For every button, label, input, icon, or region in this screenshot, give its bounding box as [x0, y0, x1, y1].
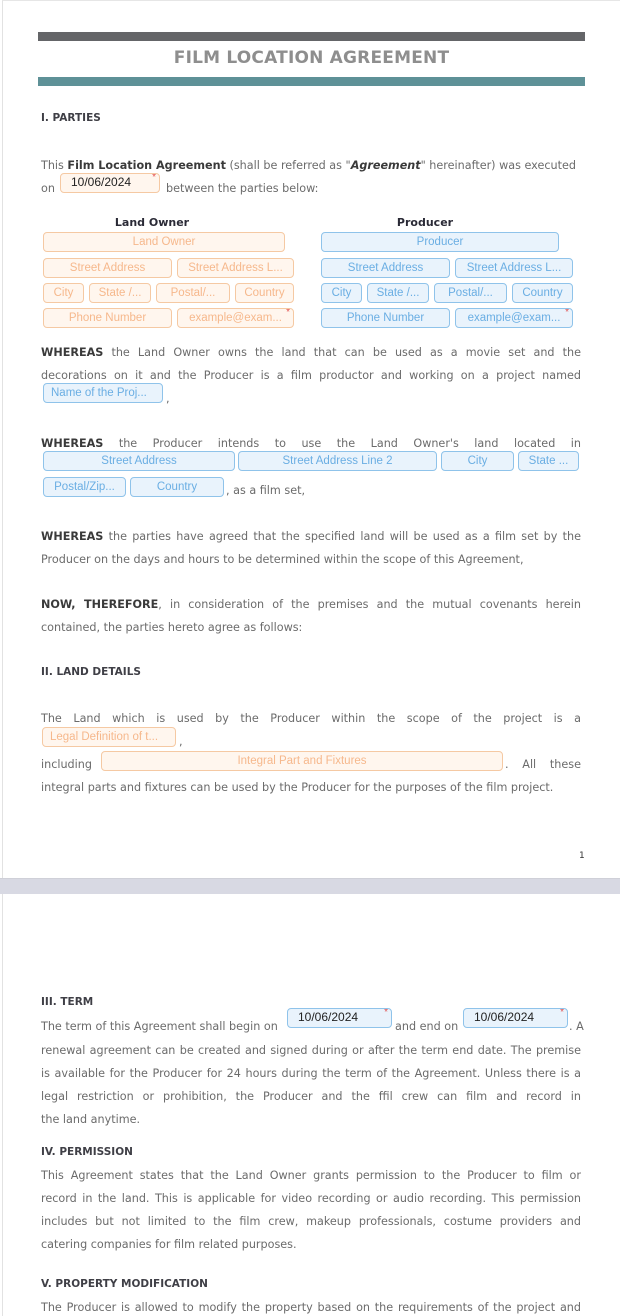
producer-street2-field[interactable]: Street Address L... — [455, 258, 573, 278]
project-name-field[interactable]: Name of the Proj... — [43, 383, 163, 403]
now-therefore-line-2: contained, the parties hereto agree as f… — [41, 616, 581, 639]
section-heading-land-details: II. LAND DETAILS — [41, 666, 141, 678]
required-icon: * — [565, 308, 569, 318]
execution-date-value: 10/06/2024 — [71, 175, 131, 189]
producer-state-field[interactable]: State /... — [367, 283, 429, 303]
land-owner-phone-field[interactable]: Phone Number — [43, 308, 172, 328]
on-label: on — [41, 177, 55, 200]
parties-below-text: between the parties below: — [166, 177, 318, 200]
location-country-field[interactable]: Country — [130, 477, 224, 497]
term-line-3: is available for the Producer for 24 hou… — [41, 1062, 581, 1085]
term-line-2: renewal agreement can be created and sig… — [41, 1039, 581, 1062]
term-end-date-field[interactable]: 10/06/2024* — [463, 1008, 568, 1028]
location-city-field[interactable]: City — [441, 451, 514, 471]
whereas-label: WHEREAS — [41, 530, 103, 543]
land-owner-heading: Land Owner — [42, 216, 262, 229]
whereas-1-comma: , — [166, 387, 170, 410]
required-icon: * — [384, 1008, 388, 1018]
producer-street-field[interactable]: Street Address — [321, 258, 450, 278]
location-street2-field[interactable]: Street Address Line 2 — [238, 451, 437, 471]
whereas-text: the Producer intends to use the Land Own… — [103, 437, 581, 450]
now-therefore-line-1: NOW, THEREFORE, in consideration of the … — [41, 593, 581, 616]
land-owner-postal-field[interactable]: Postal/... — [156, 283, 230, 303]
whereas-text: the parties have agreed that the specifi… — [103, 530, 581, 543]
producer-postal-field[interactable]: Postal/... — [434, 283, 507, 303]
term-line-5: the land anytime. — [41, 1108, 581, 1131]
intro-text: " hereinafter) was executed — [421, 159, 576, 172]
integral-parts-field[interactable]: Integral Part and Fixtures — [101, 751, 503, 771]
email-placeholder: example@exam... — [189, 312, 282, 324]
legal-definition-comma: , — [179, 730, 183, 753]
producer-phone-field[interactable]: Phone Number — [321, 308, 450, 328]
location-street-field[interactable]: Street Address — [43, 451, 235, 471]
producer-heading: Producer — [320, 216, 530, 229]
term-end-text: and end on — [395, 1015, 458, 1038]
accent-bar — [38, 77, 585, 86]
whereas-label: WHEREAS — [41, 346, 103, 359]
permission-line-3: includes but not limited to the film cre… — [41, 1210, 581, 1233]
section-heading-property-modification: V. PROPERTY MODIFICATION — [41, 1278, 208, 1290]
intro-text: (shall be referred as " — [226, 159, 351, 172]
land-owner-email-field[interactable]: example@exam...* — [177, 308, 294, 328]
permission-line-1: This Agreement states that the Land Owne… — [41, 1164, 581, 1187]
including-label: including — [41, 753, 92, 776]
term-line-4: legal restriction or prohibition, the Pr… — [41, 1085, 581, 1108]
start-date-value: 10/06/2024 — [298, 1010, 358, 1024]
whereas-3-line-1: WHEREAS the parties have agreed that the… — [41, 525, 581, 548]
land-owner-street2-field[interactable]: Street Address L... — [177, 258, 294, 278]
whereas-3-line-2: Producer on the days and hours to be det… — [41, 548, 581, 571]
land-owner-street-field[interactable]: Street Address — [43, 258, 172, 278]
term-after-text: . A — [569, 1015, 584, 1038]
permission-line-2: record in the land. This is applicable f… — [41, 1187, 581, 1210]
producer-country-field[interactable]: Country — [512, 283, 573, 303]
whereas-label: WHEREAS — [41, 437, 103, 450]
property-modification-line-1: The Producer is allowed to modify the pr… — [41, 1296, 581, 1316]
land-owner-name-field[interactable]: Land Owner — [43, 232, 285, 252]
header-bar — [38, 32, 585, 41]
section-heading-parties: I. PARTIES — [41, 112, 101, 124]
term-start-date-field[interactable]: 10/06/2024* — [287, 1008, 392, 1028]
end-date-value: 10/06/2024 — [474, 1010, 534, 1024]
required-icon: * — [286, 308, 290, 318]
all-these-text: . All these — [505, 753, 581, 776]
email-placeholder: example@exam... — [468, 312, 561, 324]
required-icon: * — [560, 1008, 564, 1018]
permission-line-4: catering companies for film related purp… — [41, 1233, 581, 1256]
producer-city-field[interactable]: City — [321, 283, 362, 303]
location-state-field[interactable]: State ... — [518, 451, 579, 471]
term-begin-text: The term of this Agreement shall begin o… — [41, 1015, 278, 1038]
as-film-set-text: , as a film set, — [226, 479, 305, 502]
section-heading-term: III. TERM — [41, 996, 93, 1008]
producer-email-field[interactable]: example@exam...* — [455, 308, 573, 328]
intro-bold: Film Location Agreement — [67, 159, 226, 172]
document-title: FILM LOCATION AGREEMENT — [38, 48, 585, 68]
legal-definition-field[interactable]: Legal Definition of t... — [42, 727, 176, 747]
land-owner-country-field[interactable]: Country — [235, 283, 294, 303]
whereas-text: the Land Owner owns the land that can be… — [103, 346, 581, 359]
now-therefore-label: NOW, THEREFORE — [41, 598, 158, 611]
land-owner-city-field[interactable]: City — [43, 283, 84, 303]
required-icon: * — [152, 173, 156, 183]
section-heading-permission: IV. PERMISSION — [41, 1146, 133, 1158]
whereas-1-line-1: WHEREAS the Land Owner owns the land tha… — [41, 341, 581, 364]
land-owner-state-field[interactable]: State /... — [89, 283, 151, 303]
location-postal-field[interactable]: Postal/Zip... — [43, 477, 126, 497]
page-number: 1 — [579, 851, 585, 861]
producer-name-field[interactable]: Producer — [321, 232, 559, 252]
execution-date-field[interactable]: 10/06/2024* — [60, 173, 160, 193]
intro-text: This — [41, 159, 67, 172]
now-therefore-text: , in consideration of the premises and t… — [158, 598, 581, 611]
page-separator — [0, 878, 620, 894]
land-details-line-3: integral parts and fixtures can be used … — [41, 776, 581, 799]
intro-bold-italic: Agreement — [351, 159, 421, 172]
